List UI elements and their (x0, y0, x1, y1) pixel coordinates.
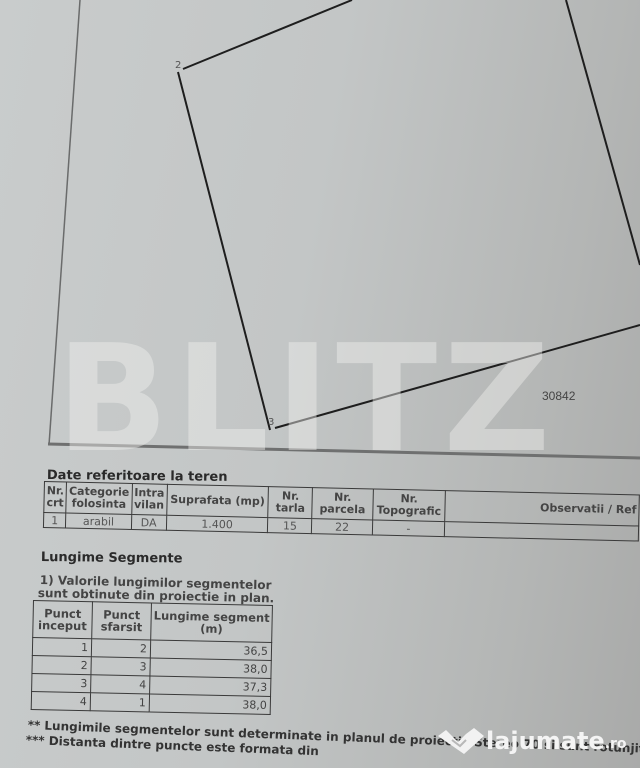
cell: - (372, 520, 445, 537)
cell: 15 (268, 518, 312, 534)
point-label: 2 (175, 60, 181, 71)
cell: arabil (66, 513, 132, 529)
logo-name: lajumate (486, 727, 605, 755)
cell: DA (131, 514, 166, 530)
col-nr-crt: Nr. crt (44, 482, 67, 513)
handshake-icon (436, 726, 486, 756)
col-punct-sfarsit: Punct sfarsit (92, 602, 152, 640)
cell: 1 (32, 638, 91, 657)
cell: 1.400 (166, 515, 268, 532)
cell (445, 522, 639, 541)
cell: 1 (90, 693, 149, 712)
segmente-header-row: Punct inceput Punct sfarsit Lungime segm… (33, 601, 273, 643)
cell: 22 (312, 519, 372, 535)
col-topografic: Nr. Topografic (372, 489, 445, 522)
cell: 2 (32, 655, 91, 674)
col-parcela: Nr. parcela (312, 488, 373, 520)
col-punct-inceput: Punct inceput (33, 601, 93, 639)
col-intravilan: Intra vilan (131, 483, 167, 515)
logo-tld: .ro (605, 736, 627, 752)
col-categorie: Categorie folosinta (66, 482, 132, 514)
lajumate-logo: lajumate.ro (436, 726, 627, 756)
cell: 4 (91, 675, 150, 694)
watermark: BLITZ (56, 325, 556, 473)
parcel-number: 30842 (542, 389, 575, 403)
segmente-table: Punct inceput Punct sfarsit Lungime segm… (31, 600, 273, 715)
segmente-title: Lungime Segmente (41, 550, 183, 566)
col-lungime: Lungime segment (m) (151, 603, 273, 643)
cell: 1 (43, 513, 66, 529)
document-page: BLITZ 2 3 30842 Date referitoare la tere… (0, 0, 640, 768)
cell: 2 (91, 639, 150, 658)
col-suprafata: Suprafata (mp) (166, 484, 268, 517)
col-tarla: Nr. tarla (268, 487, 313, 519)
col-lungime-label: Lungime segment (m) (154, 609, 270, 636)
cell: 3 (32, 673, 91, 692)
table-row: 4138,0 (31, 691, 270, 714)
cell: 4 (31, 691, 90, 710)
cell: 38,0 (149, 694, 270, 715)
col-observatii: Observatii / Ref (445, 491, 639, 526)
cell: 3 (91, 657, 150, 676)
teren-table: Nr. crt Categorie folosinta Intra vilan … (43, 481, 640, 542)
point-label: 3 (268, 417, 274, 428)
